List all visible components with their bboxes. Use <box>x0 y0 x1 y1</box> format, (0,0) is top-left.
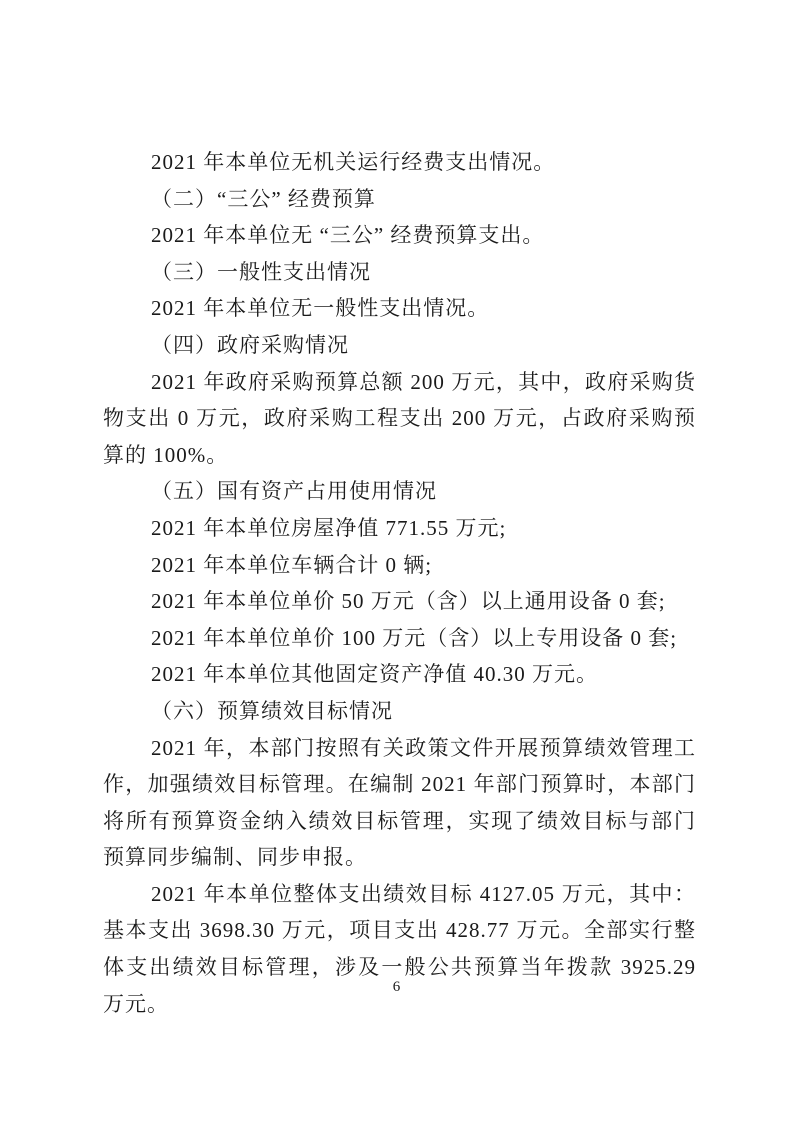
paragraph-special-equipment: 2021 年本单位单价 100 万元（含）以上专用设备 0 套; <box>103 620 696 657</box>
document-page: 2021 年本单位无机关运行经费支出情况。 （二）“三公” 经费预算 2021 … <box>0 0 793 1122</box>
paragraph-overall-expenditure-target: 2021 年本单位整体支出绩效目标 4127.05 万元，其中：基本支出 369… <box>103 876 696 1022</box>
section-heading-3-general-expense: （三）一般性支出情况 <box>103 254 696 291</box>
page-number: 6 <box>0 977 793 997</box>
paragraph-general-expense-none: 2021 年本单位无一般性支出情况。 <box>103 290 696 327</box>
paragraph-performance-management: 2021 年，本部门按照有关政策文件开展预算绩效管理工作，加强绩效目标管理。在编… <box>103 730 696 876</box>
paragraph-general-equipment: 2021 年本单位单价 50 万元（含）以上通用设备 0 套; <box>103 583 696 620</box>
paragraph-vehicle-count: 2021 年本单位车辆合计 0 辆; <box>103 547 696 584</box>
paragraph-agency-operating-expense: 2021 年本单位无机关运行经费支出情况。 <box>103 144 696 181</box>
paragraph-sangong-none: 2021 年本单位无 “三公” 经费预算支出。 <box>103 217 696 254</box>
paragraph-housing-net-value: 2021 年本单位房屋净值 771.55 万元; <box>103 510 696 547</box>
paragraph-other-fixed-assets: 2021 年本单位其他固定资产净值 40.30 万元。 <box>103 656 696 693</box>
section-heading-2-sangong-budget: （二）“三公” 经费预算 <box>103 181 696 218</box>
section-heading-4-government-procurement: （四）政府采购情况 <box>103 327 696 364</box>
section-heading-5-state-assets: （五）国有资产占用使用情况 <box>103 473 696 510</box>
document-body: 2021 年本单位无机关运行经费支出情况。 （二）“三公” 经费预算 2021 … <box>103 144 696 1022</box>
paragraph-procurement-detail: 2021 年政府采购预算总额 200 万元，其中，政府采购货物支出 0 万元，政… <box>103 364 696 474</box>
section-heading-6-performance-targets: （六）预算绩效目标情况 <box>103 693 696 730</box>
